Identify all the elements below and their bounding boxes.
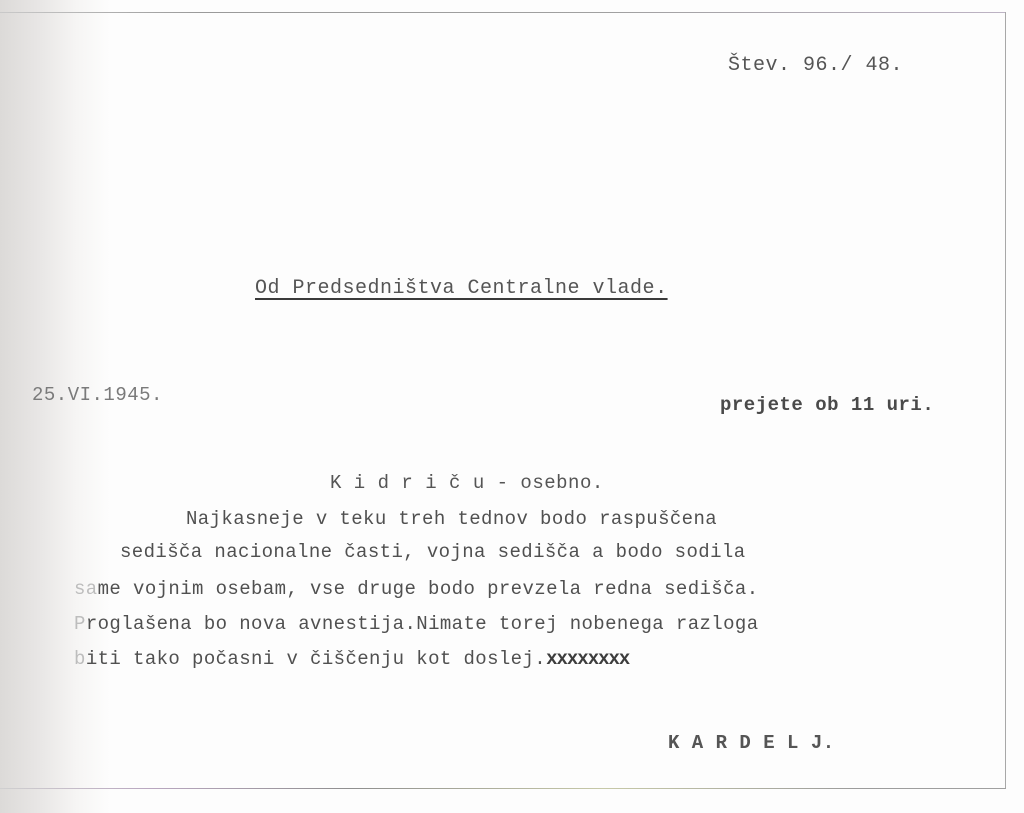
binding-shadow	[0, 0, 110, 813]
frame-border-bottom	[0, 788, 1006, 789]
body-line-2: sedišča nacionalne časti, vojna sedišča …	[120, 541, 746, 563]
body-line-3: same vojnim osebam, vse druge bodo prevz…	[74, 578, 759, 600]
signature: K A R D E L J.	[668, 732, 835, 754]
body-line-1: Najkasneje v teku treh tednov bodo raspu…	[186, 508, 717, 530]
date: 25.VI.1945.	[32, 384, 163, 406]
faded-prefix: P	[74, 613, 86, 635]
faded-prefix: b	[74, 648, 86, 670]
body-text: iti tako počasni v čiščenju kot doslej.	[86, 648, 546, 670]
body-text: Najkasneje v teku treh tednov bodo raspu…	[186, 508, 717, 530]
body-line-5: biti tako počasni v čiščenju kot doslej.…	[74, 648, 629, 670]
frame-border-top	[0, 12, 1006, 13]
body-text: me vojnim osebam, vse druge bodo prevzel…	[98, 578, 759, 600]
reference-number: Štev. 96./ 48.	[728, 54, 903, 77]
header-title: Od Predsedništva Centralne vlade.	[255, 277, 668, 300]
faded-prefix: sa	[74, 578, 98, 600]
body-text: sedišča nacionalne časti, vojna sedišča …	[120, 541, 746, 563]
received-time: prejete ob 11 uri.	[720, 394, 934, 416]
body-line-4: Proglašena bo nova avnestija.Nimate tore…	[74, 613, 759, 635]
frame-border-right	[1005, 12, 1006, 789]
struck-out-text: xxxxxxxx	[546, 648, 629, 670]
addressee: K i d r i č u - osebno.	[330, 472, 604, 494]
body-text: roglašena bo nova avnestija.Nimate torej…	[86, 613, 759, 635]
